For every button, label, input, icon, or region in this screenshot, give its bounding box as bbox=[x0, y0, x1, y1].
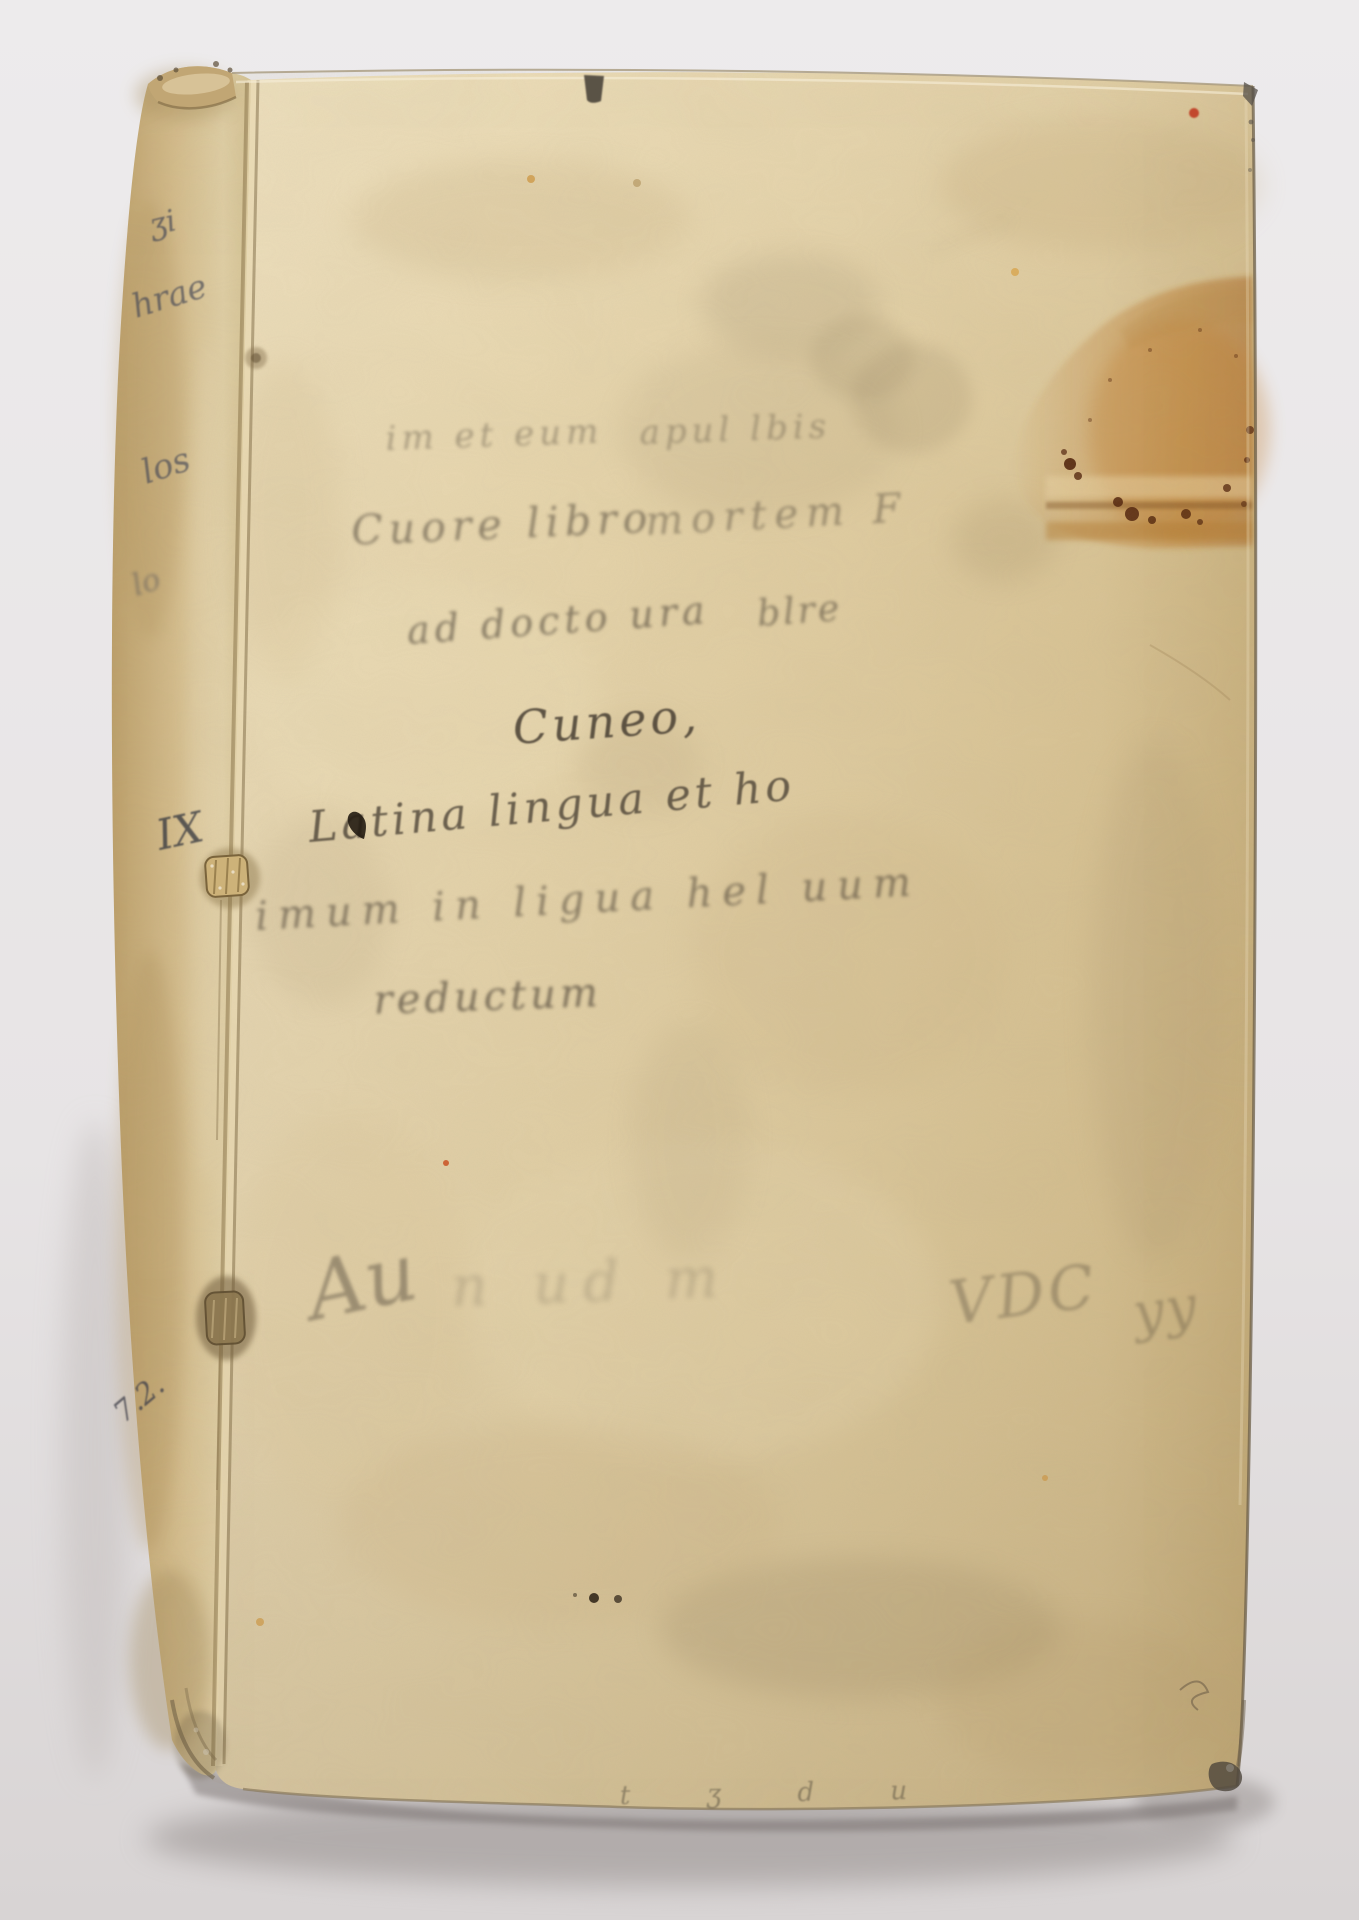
book: im et eum apul lbis Cuore libro mortem F… bbox=[100, 55, 1270, 1820]
sewing-thong-upper bbox=[200, 848, 260, 908]
red-fleck bbox=[1189, 108, 1199, 118]
bottom-edge-marks: t ʒ d u bbox=[620, 1775, 942, 1811]
photo-of-vellum-book: im et eum apul lbis Cuore libro mortem F… bbox=[0, 0, 1359, 1920]
inscription-scrawl-b: n ud m bbox=[450, 1245, 733, 1320]
inscription-line-1b: apul lbis bbox=[639, 406, 832, 453]
red-speck-small bbox=[443, 1160, 449, 1166]
top-edge-ink-blot bbox=[584, 75, 604, 103]
inscription-line-7: reductum bbox=[373, 970, 603, 1024]
book-photograph: im et eum apul lbis Cuore libro mortem F… bbox=[0, 0, 1359, 1920]
inscription-scrawl-d: yy bbox=[1127, 1273, 1202, 1345]
inscription-line-1a: im et eum bbox=[385, 411, 604, 459]
joint-dark-spot bbox=[245, 347, 267, 369]
inscription-line-3b: blre bbox=[756, 588, 844, 635]
